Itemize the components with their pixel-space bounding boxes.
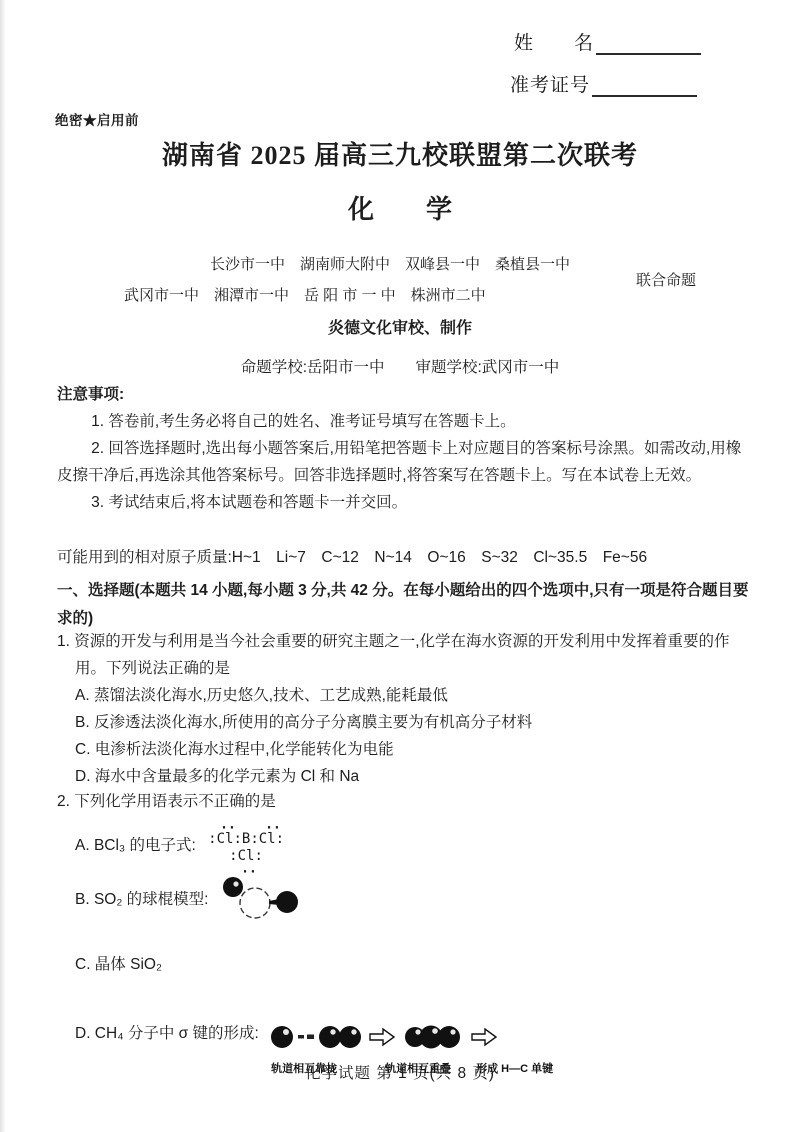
subject-title: 化 学 <box>0 189 800 226</box>
exam-number-blank-line <box>592 73 697 97</box>
lewis-dots-bottom: ·· <box>241 859 257 886</box>
question-1-option-a: A. 蒸馏法淡化海水,历史悠久,技术、工艺成熟,能耗最低 <box>57 682 751 709</box>
option-a-label: A. BCl₃ 的电子式: <box>75 832 200 859</box>
so2-ball-stick-model <box>219 876 299 922</box>
schools-row-1: 长沙市一中 湖南师大附中 双峰县一中 桑植县一中 <box>210 253 570 274</box>
question-1-option-c: C. 电渗析法淡化海水过程中,化学能转化为电能 <box>57 736 751 763</box>
option-b-label: B. SO₂ 的球棍模型: <box>75 886 213 913</box>
question-2-option-a: A. BCl₃ 的电子式: ·· ·· :Cl:B:Cl: :Cl: ·· <box>57 817 751 873</box>
exam-title: 湖南省 2025 届高三九校联盟第二次联考 <box>0 135 800 172</box>
notice-item-1: 1. 答卷前,考生务必将自己的姓名、准考证号填写在答题卡上。 <box>57 408 749 435</box>
name-field-row: 姓 名 <box>514 28 701 55</box>
bcl3-lewis-structure: ·· ·· :Cl:B:Cl: :Cl: ·· <box>208 819 314 871</box>
option-d-label: D. CH₄ 分子中 σ 键的形成: <box>75 1020 263 1047</box>
question-1-option-b: B. 反渗透法淡化海水,所使用的高分子分离膜主要为有机高分子材料 <box>57 709 751 736</box>
question-1: 1. 资源的开发与利用是当今社会重要的研究主题之一,化学在海水资源的开发利用中发… <box>57 628 751 790</box>
notice-item-2: 2. 回答选择题时,选出每小题答案后,用铅笔把答题卡上对应题目的答案标号涂黑。如… <box>57 435 749 489</box>
question-1-option-d: D. 海水中含量最多的化学元素为 Cl 和 Na <box>57 763 751 790</box>
producer-line: 炎德文化审校、制作 <box>0 315 800 338</box>
notice-item-3: 3. 考试结束后,将本试题卷和答题卡一并交回。 <box>57 489 749 516</box>
joint-proposition-label: 联合命题 <box>636 269 696 290</box>
notice-section: 注意事项: 1. 答卷前,考生务必将自己的姓名、准考证号填写在答题卡上。 2. … <box>57 381 749 516</box>
relative-atomic-masses: 可能用到的相对原子质量:H~1 Li~7 C~12 N~14 O~16 S~32… <box>57 545 757 567</box>
setter-reviewer-line: 命题学校:岳阳市一中 审题学校:武冈市一中 <box>0 355 800 377</box>
security-classification: 绝密★启用前 <box>55 109 139 129</box>
notice-heading: 注意事项: <box>57 381 749 408</box>
name-label: 姓 名 <box>514 28 594 55</box>
schools-row-2: 武冈市一中 湘潭市一中 岳 阳 市 一 中 株洲市二中 <box>124 284 486 305</box>
section-one-heading: 一、选择题(本题共 14 小题,每小题 3 分,共 42 分。在每小题给出的四个… <box>57 577 749 633</box>
name-blank-line <box>596 31 701 55</box>
question-2-option-c: C. 晶体 SiO₂ <box>57 951 751 978</box>
question-2: 2. 下列化学用语表示不正确的是 A. BCl₃ 的电子式: ·· ·· :Cl… <box>57 788 751 1074</box>
page-footer: 化学试题 第 1 页(共 8 页) <box>0 1061 800 1083</box>
orbital-overlap-graphic <box>269 1022 579 1054</box>
exam-number-label: 准考证号 <box>510 70 590 97</box>
exam-number-field-row: 准考证号 <box>510 70 697 97</box>
exam-paper-page: 姓 名 准考证号 绝密★启用前 湖南省 2025 届高三九校联盟第二次联考 化 … <box>0 0 800 1132</box>
question-2-option-b: B. SO₂ 的球棍模型: <box>57 875 751 923</box>
question-2-stem: 2. 下列化学用语表示不正确的是 <box>57 788 751 815</box>
question-1-stem: 1. 资源的开发与利用是当今社会重要的研究主题之一,化学在海水资源的开发利用中发… <box>57 628 751 682</box>
